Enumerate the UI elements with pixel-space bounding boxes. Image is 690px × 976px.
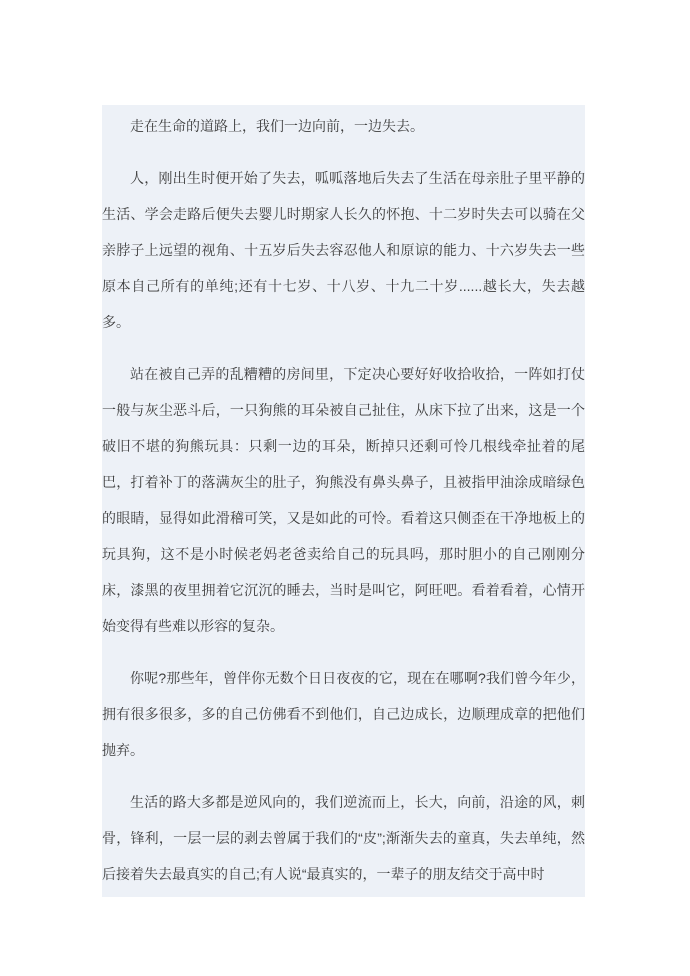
paragraph-4: 你呢?那些年，曾伴你无数个日日夜夜的它，现在在哪啊?我们曾今年少，拥有很多很多，…	[102, 660, 585, 768]
page: 走在生命的道路上，我们一边向前，一边失去。 人，刚出生时便开始了失去，呱呱落地后…	[0, 0, 690, 976]
paragraph-2: 人，刚出生时便开始了失去，呱呱落地后失去了生活在母亲肚子里平静的生活、学会走路后…	[102, 160, 585, 340]
paragraph-3: 站在被自己弄的乱糟糟的房间里，下定决心要好好收拾收拾，一阵如打仗一般与灰尘恶斗后…	[102, 356, 585, 644]
paragraph-5: 生活的路大多都是逆风向的，我们逆流而上，长大，向前，沿途的风，刺骨，锋利，一层一…	[102, 784, 585, 892]
paragraph-1: 走在生命的道路上，我们一边向前，一边失去。	[102, 108, 585, 144]
article-body: 走在生命的道路上，我们一边向前，一边失去。 人，刚出生时便开始了失去，呱呱落地后…	[102, 105, 585, 897]
